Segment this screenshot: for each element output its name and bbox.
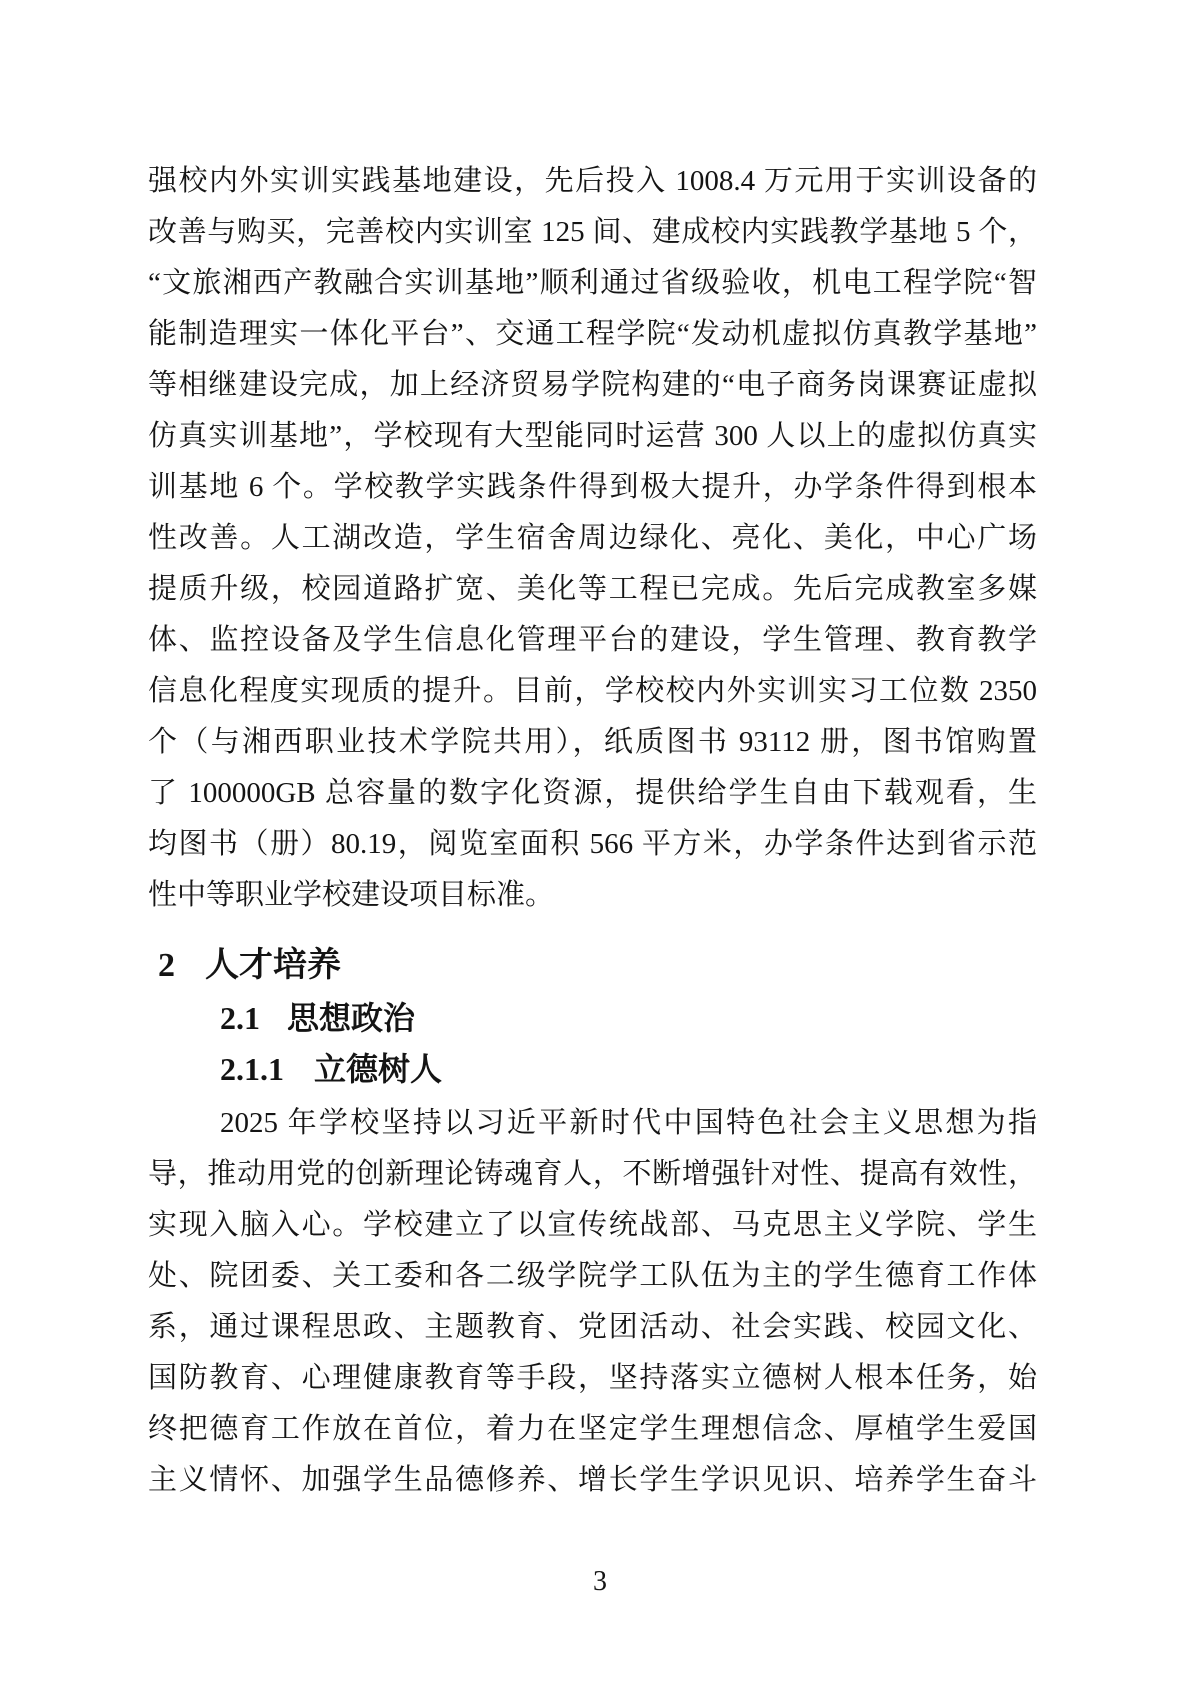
text-line: 性改善。人工湖改造，学生宿舍周边绿化、亮化、美化，中心广场 bbox=[148, 513, 1037, 564]
text-line: 性中等职业学校建设项目标准。 bbox=[148, 870, 1037, 921]
text-line: 能制造理实一体化平台”、交通工程学院“发动机虚拟仿真教学基地” bbox=[148, 309, 1037, 360]
text-line: 2025 年学校坚持以习近平新时代中国特色社会主义思想为指 bbox=[148, 1098, 1037, 1149]
heading-label: 立德树人 bbox=[314, 1051, 442, 1087]
text-line: 提质升级，校园道路扩宽、美化等工程已完成。先后完成教室多媒 bbox=[148, 564, 1037, 615]
text-line: 系，通过课程思政、主题教育、党团活动、社会实践、校园文化、 bbox=[148, 1302, 1037, 1353]
document-page: 强校内外实训实践基地建设，先后投入 1008.4 万元用于实训设备的 改善与购买… bbox=[0, 0, 1200, 1697]
text-line: 实现入脑入心。学校建立了以宣传统战部、马克思主义学院、学生 bbox=[148, 1200, 1037, 1251]
heading-number: 2.1 bbox=[220, 1000, 260, 1036]
text-line: 等相继建设完成，加上经济贸易学院构建的“电子商务岗课赛证虚拟 bbox=[148, 360, 1037, 411]
text-line: 改善与购买，完善校内实训室 125 间、建成校内实践教学基地 5 个， bbox=[148, 207, 1037, 258]
heading-label: 人才培养 bbox=[205, 946, 341, 984]
subsubsection-heading: 2.1.1立德树人 bbox=[220, 1045, 442, 1093]
text-line: 终把德育工作放在首位，着力在坚定学生理想信念、厚植学生爱国 bbox=[148, 1404, 1037, 1455]
text-line: 体、监控设备及学生信息化管理平台的建设，学生管理、教育教学 bbox=[148, 615, 1037, 666]
heading-number: 2 bbox=[158, 947, 175, 984]
page-number: 3 bbox=[0, 1566, 1200, 1598]
heading-number: 2.1.1 bbox=[220, 1051, 284, 1087]
text-line: 强校内外实训实践基地建设，先后投入 1008.4 万元用于实训设备的 bbox=[148, 156, 1037, 207]
heading-label: 思想政治 bbox=[287, 1000, 415, 1036]
text-line: 主义情怀、加强学生品德修养、增长学生学识见识、培养学生奋斗 bbox=[148, 1455, 1037, 1506]
section-heading: 2人才培养 bbox=[158, 940, 341, 991]
subsection-heading: 2.1思想政治 bbox=[220, 994, 415, 1042]
text-line: 导，推动用党的创新理论铸魂育人，不断增强针对性、提高有效性， bbox=[148, 1149, 1037, 1200]
text-line: 了 100000GB 总容量的数字化资源，提供给学生自由下载观看，生 bbox=[148, 768, 1037, 819]
text-line: 仿真实训基地”，学校现有大型能同时运营 300 人以上的虚拟仿真实 bbox=[148, 411, 1037, 462]
text-line: 训基地 6 个。学校教学实践条件得到极大提升，办学条件得到根本 bbox=[148, 462, 1037, 513]
text-line: 均图书（册）80.19，阅览室面积 566 平方米，办学条件达到省示范 bbox=[148, 819, 1037, 870]
paragraph-continuation: 强校内外实训实践基地建设，先后投入 1008.4 万元用于实训设备的 改善与购买… bbox=[148, 156, 1037, 921]
text-line: 国防教育、心理健康教育等手段，坚持落实立德树人根本任务，始 bbox=[148, 1353, 1037, 1404]
text-line: 处、院团委、关工委和各二级学院学工队伍为主的学生德育工作体 bbox=[148, 1251, 1037, 1302]
paragraph: 2025 年学校坚持以习近平新时代中国特色社会主义思想为指 导，推动用党的创新理… bbox=[148, 1098, 1037, 1506]
text-line: “文旅湘西产教融合实训基地”顺利通过省级验收，机电工程学院“智 bbox=[148, 258, 1037, 309]
text-line: 信息化程度实现质的提升。目前，学校校内外实训实习工位数 2350 bbox=[148, 666, 1037, 717]
text-line: 个（与湘西职业技术学院共用），纸质图书 93112 册，图书馆购置 bbox=[148, 717, 1037, 768]
